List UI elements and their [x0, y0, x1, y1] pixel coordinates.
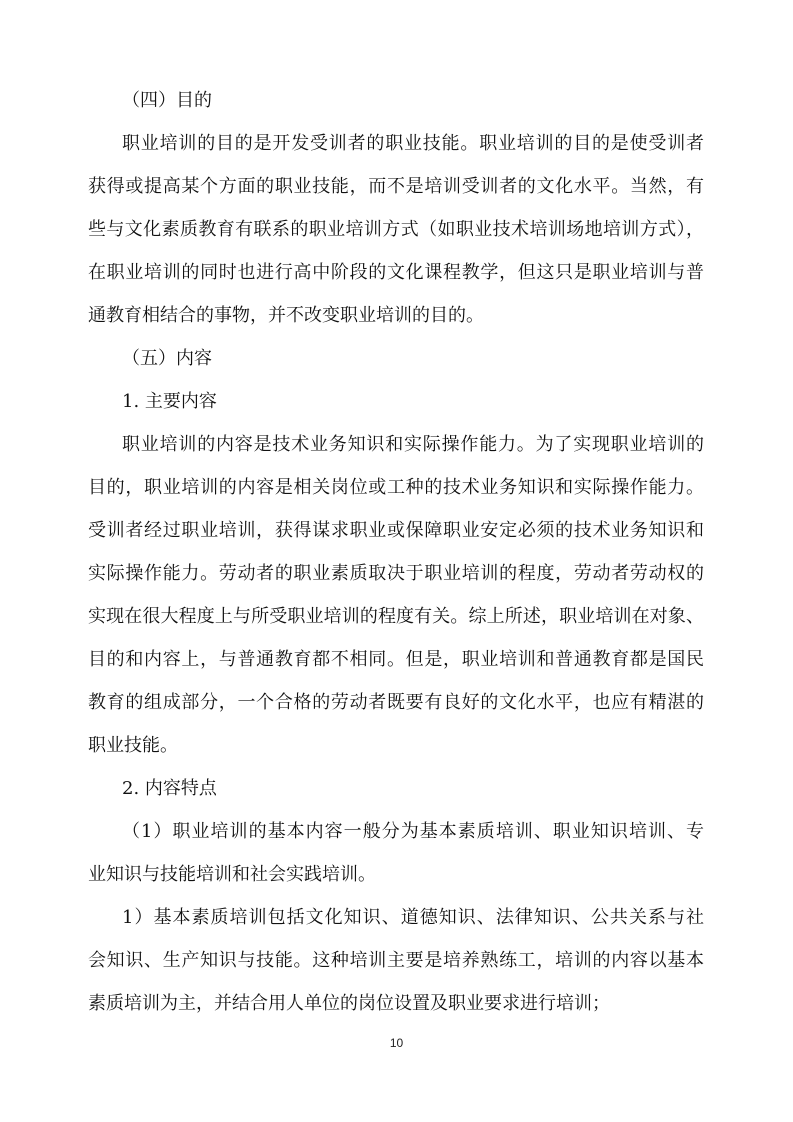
- section-heading-content: （五）内容: [122, 344, 212, 374]
- paragraph-line: 目的和内容上，与普通教育都不相同。但是，职业培训和普通教育都是国民: [88, 645, 704, 675]
- paragraph-line: 目的，职业培训的内容是相关岗位或工种的技术业务知识和实际操作能力。: [88, 473, 704, 503]
- paragraph-line: 在职业培训的同时也进行高中阶段的文化课程教学，但这只是职业培训与普: [88, 258, 704, 288]
- paragraph-line: 实现在很大程度上与所受职业培训的程度有关。综上所述，职业培训在对象、: [88, 602, 704, 632]
- section-heading-purpose: （四）目的: [122, 86, 212, 116]
- paragraph-line: 获得或提高某个方面的职业技能，而不是培训受训者的文化水平。当然，有: [88, 172, 704, 202]
- paragraph-line: （1）职业培训的基本内容一般分为基本素质培训、职业知识培训、专: [122, 817, 704, 847]
- paragraph-line: 职业培训的目的是开发受训者的职业技能。职业培训的目的是使受训者: [122, 129, 704, 159]
- paragraph-line: 1）基本素质培训包括文化知识、道德知识、法律知识、公共关系与社: [122, 903, 704, 933]
- subsection-heading-content-features: 2. 内容特点: [122, 774, 217, 804]
- paragraph-line: 些与文化素质教育有联系的职业培训方式（如职业技术培训场地培训方式），: [88, 215, 704, 245]
- paragraph-line: 教育的组成部分，一个合格的劳动者既要有良好的文化水平，也应有精湛的: [88, 688, 704, 718]
- subsection-heading-main-content: 1. 主要内容: [122, 387, 217, 417]
- paragraph-line: 职业技能。: [88, 731, 178, 761]
- paragraph-line: 通教育相结合的事物，并不改变职业培训的目的。: [88, 301, 484, 331]
- paragraph-line: 职业培训的内容是技术业务知识和实际操作能力。为了实现职业培训的: [122, 430, 704, 460]
- paragraph-line: 实际操作能力。劳动者的职业素质取决于职业培训的程度，劳动者劳动权的: [88, 559, 704, 589]
- paragraph-line: 素质培训为主，并结合用人单位的岗位设置及职业要求进行培训；: [88, 989, 610, 1019]
- paragraph-line: 业知识与技能培训和社会实践培训。: [88, 860, 376, 890]
- page-number: 10: [0, 1036, 793, 1050]
- paragraph-line: 受训者经过职业培训，获得谋求职业或保障职业安定必须的技术业务知识和: [88, 516, 704, 546]
- paragraph-line: 会知识、生产知识与技能。这种培训主要是培养熟练工，培训的内容以基本: [88, 946, 704, 976]
